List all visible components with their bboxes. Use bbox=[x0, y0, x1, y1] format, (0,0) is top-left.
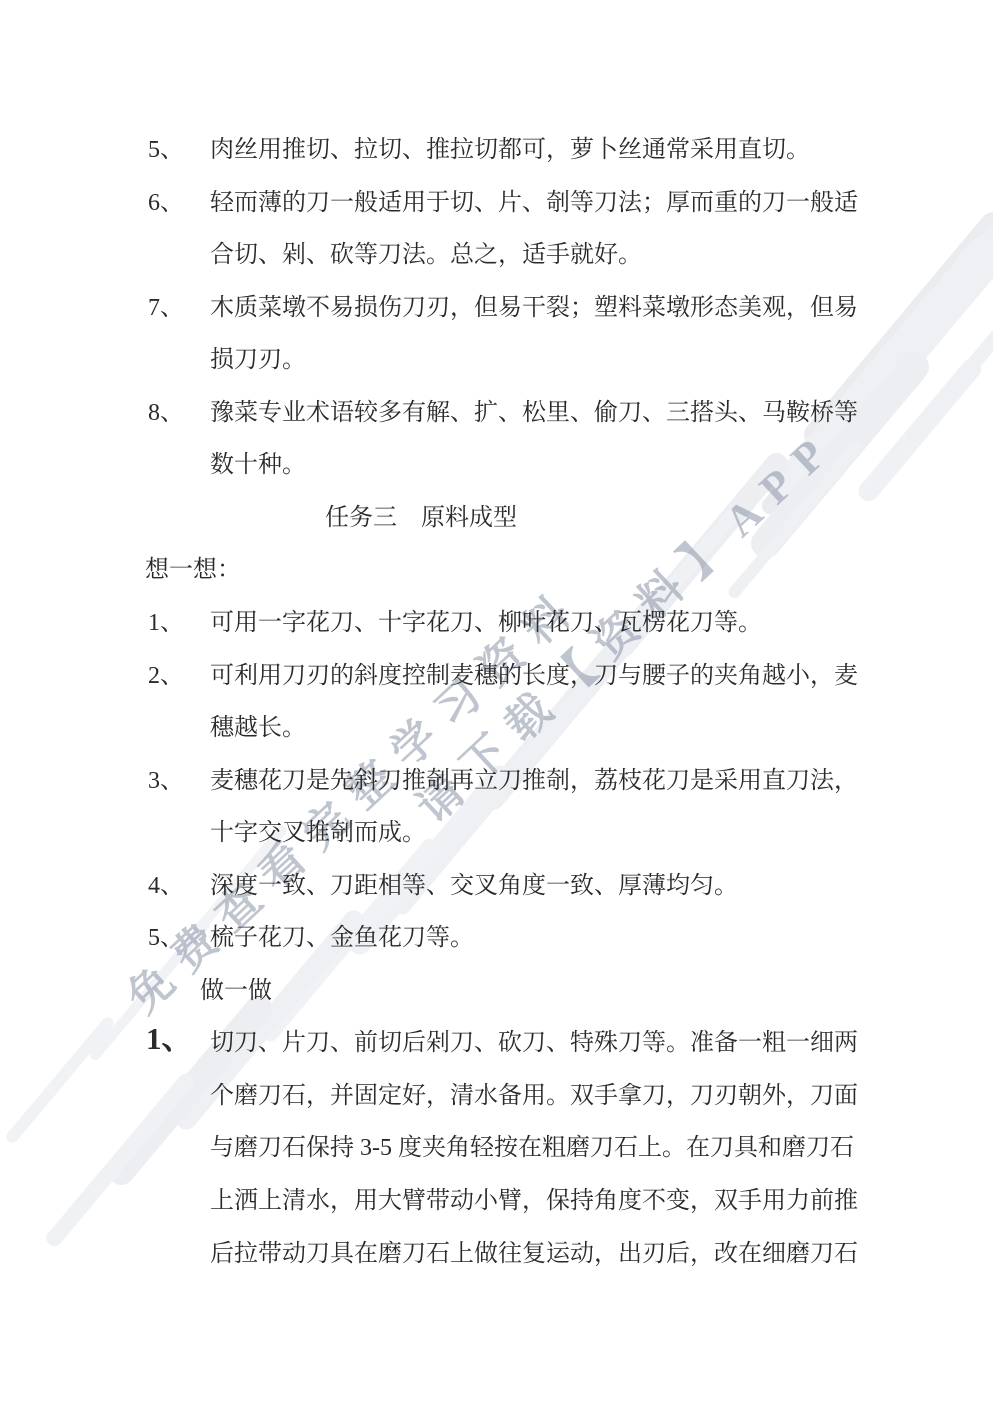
doc-line: 任务三 原料成型 bbox=[0, 502, 993, 554]
list-number: 2、 bbox=[148, 660, 184, 692]
line-text: 木质菜墩不易损伤刀刃，但易干裂；塑料菜墩形态美观，但易 bbox=[210, 292, 858, 324]
line-text: 上洒上清水，用大臂带动小臂，保持角度不变，双手用力前推 bbox=[210, 1185, 858, 1217]
line-text: 与磨刀石保持 3-5 度夹角轻按在粗磨刀石上。在刀具和磨刀石 bbox=[210, 1132, 854, 1164]
line-text: 想一想： bbox=[145, 554, 241, 586]
doc-line: 穗越长。 bbox=[0, 712, 993, 764]
doc-line: 做一做 bbox=[0, 975, 993, 1027]
line-text: 数十种。 bbox=[210, 449, 306, 481]
doc-line: 4、 深度一致、刀距相等、交叉角度一致、厚薄均匀。 bbox=[0, 870, 993, 922]
doc-line: 与磨刀石保持 3-5 度夹角轻按在粗磨刀石上。在刀具和磨刀石 bbox=[0, 1132, 993, 1184]
line-text: 麦穗花刀是先斜刀推剞再立刀推剞，荔枝花刀是采用直刀法， bbox=[210, 765, 858, 797]
line-text: 豫菜专业术语较多有解、扩、松里、偷刀、三搭头、马鞍桥等 bbox=[210, 397, 858, 429]
line-text: 轻而薄的刀一般适用于切、片、剞等刀法；厚而重的刀一般适 bbox=[210, 187, 858, 219]
list-number: 6、 bbox=[148, 187, 184, 219]
line-text: 后拉带动刀具在磨刀石上做往复运动，出刃后，改在细磨刀石 bbox=[210, 1238, 858, 1270]
doc-line: 后拉带动刀具在磨刀石上做往复运动，出刃后，改在细磨刀石 bbox=[0, 1238, 993, 1290]
list-number: 5、 bbox=[148, 134, 184, 166]
line-text: 穗越长。 bbox=[210, 712, 306, 744]
list-number: 1、 bbox=[146, 1023, 193, 1055]
list-number: 5、 bbox=[148, 922, 184, 954]
document-page: 免费查看完整学习资料 请下载【资料】APP 5、 肉丝用推切、拉切、推拉切都可，… bbox=[0, 0, 993, 1404]
list-number: 7、 bbox=[148, 292, 184, 324]
doc-line: 5、 梳子花刀、金鱼花刀等。 bbox=[0, 922, 993, 974]
doc-line: 想一想： bbox=[0, 554, 993, 606]
line-text: 十字交叉推剞而成。 bbox=[210, 817, 426, 849]
list-number: 4、 bbox=[148, 870, 184, 902]
line-text: 肉丝用推切、拉切、推拉切都可，萝卜丝通常采用直切。 bbox=[210, 134, 810, 166]
doc-line: 2、 可利用刀刃的斜度控制麦穗的长度，刀与腰子的夹角越小，麦 bbox=[0, 660, 993, 712]
line-text: 损刀刃。 bbox=[210, 344, 306, 376]
document-text-block: 5、 肉丝用推切、拉切、推拉切都可，萝卜丝通常采用直切。 6、 轻而薄的刀一般适… bbox=[0, 0, 993, 1404]
doc-line: 7、 木质菜墩不易损伤刀刃，但易干裂；塑料菜墩形态美观，但易 bbox=[0, 292, 993, 344]
list-number: 1、 bbox=[148, 607, 184, 639]
list-number: 3、 bbox=[148, 765, 184, 797]
line-text: 深度一致、刀距相等、交叉角度一致、厚薄均匀。 bbox=[210, 870, 738, 902]
list-number: 8、 bbox=[148, 397, 184, 429]
line-text: 可利用刀刃的斜度控制麦穗的长度，刀与腰子的夹角越小，麦 bbox=[210, 660, 858, 692]
doc-line: 8、 豫菜专业术语较多有解、扩、松里、偷刀、三搭头、马鞍桥等 bbox=[0, 397, 993, 449]
line-text: 梳子花刀、金鱼花刀等。 bbox=[210, 922, 474, 954]
doc-line: 个磨刀石，并固定好，清水备用。双手拿刀，刀刃朝外，刀面 bbox=[0, 1080, 993, 1132]
doc-line: 上洒上清水，用大臂带动小臂，保持角度不变，双手用力前推 bbox=[0, 1185, 993, 1237]
doc-line: 5、 肉丝用推切、拉切、推拉切都可，萝卜丝通常采用直切。 bbox=[0, 134, 993, 186]
doc-line: 十字交叉推剞而成。 bbox=[0, 817, 993, 869]
doc-line: 1、 可用一字花刀、十字花刀、柳叶花刀、瓦楞花刀等。 bbox=[0, 607, 993, 659]
line-text: 可用一字花刀、十字花刀、柳叶花刀、瓦楞花刀等。 bbox=[210, 607, 762, 639]
line-text: 切刀、片刀、前切后剁刀、砍刀、特殊刀等。准备一粗一细两 bbox=[210, 1027, 858, 1059]
doc-line: 损刀刃。 bbox=[0, 344, 993, 396]
doc-line: 3、 麦穗花刀是先斜刀推剞再立刀推剞，荔枝花刀是采用直刀法， bbox=[0, 765, 993, 817]
doc-line: 1、 切刀、片刀、前切后剁刀、砍刀、特殊刀等。准备一粗一细两 bbox=[0, 1027, 993, 1079]
line-text: 个磨刀石，并固定好，清水备用。双手拿刀，刀刃朝外，刀面 bbox=[210, 1080, 858, 1112]
line-text: 合切、剁、砍等刀法。总之，适手就好。 bbox=[210, 239, 642, 271]
line-text: 做一做 bbox=[200, 975, 272, 1007]
line-text: 任务三 原料成型 bbox=[325, 502, 517, 534]
doc-line: 数十种。 bbox=[0, 449, 993, 501]
doc-line: 合切、剁、砍等刀法。总之，适手就好。 bbox=[0, 239, 993, 291]
doc-line: 6、 轻而薄的刀一般适用于切、片、剞等刀法；厚而重的刀一般适 bbox=[0, 187, 993, 239]
